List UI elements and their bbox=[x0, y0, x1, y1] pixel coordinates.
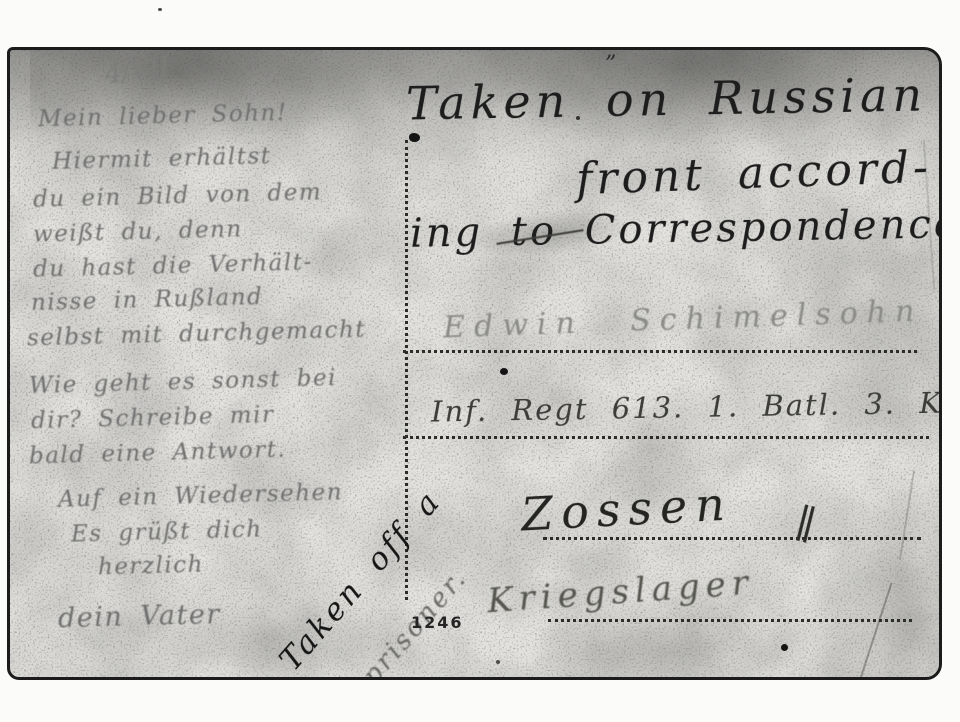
annotation-headline-line3: ing to Correspondence bbox=[410, 201, 942, 257]
dust-speck bbox=[158, 8, 162, 11]
dotted-rule-line bbox=[543, 537, 921, 540]
message-line: Wie geht es sonst bei bbox=[29, 365, 338, 399]
message-line: dein Vater bbox=[58, 599, 221, 634]
stain-top-left bbox=[30, 47, 390, 150]
message-line: nisse in Rußland bbox=[31, 284, 264, 316]
stain-bottom-right bbox=[810, 490, 942, 680]
ink-speck bbox=[500, 368, 508, 375]
address-place-line: Zossen bbox=[520, 476, 734, 541]
catalog-number: 1246 bbox=[411, 613, 464, 632]
paper-grain-texture bbox=[10, 50, 939, 677]
annotation-headline-line2: front accord- bbox=[575, 142, 932, 205]
message-line: bald eine Antwort. bbox=[29, 437, 287, 470]
dotted-rule-line bbox=[548, 619, 912, 622]
ink-speck bbox=[781, 644, 788, 651]
diagonal-note-line1: Taken off a bbox=[272, 483, 448, 678]
dotted-rule-line bbox=[403, 436, 929, 439]
message-line: selbst mit durchgemacht bbox=[27, 317, 367, 352]
ditto-mark: ∥ bbox=[791, 500, 820, 549]
message-line: weißt du, denn bbox=[33, 216, 243, 247]
message-line: du hast die Verhält- bbox=[33, 249, 313, 282]
address-camp-line: Kriegslager bbox=[486, 563, 755, 622]
address-name-line: Edwin Schimelsohn bbox=[443, 294, 924, 346]
message-line: du ein Bild von dem bbox=[33, 179, 323, 213]
ink-speck bbox=[409, 133, 420, 142]
paper-crease bbox=[854, 583, 893, 680]
message-line: Hiermit erhältst bbox=[52, 143, 272, 175]
message-line: herzlich bbox=[98, 552, 205, 581]
date-mark: 4/VII bbox=[103, 52, 171, 91]
annotation-headline-line1: Taken on Russian bbox=[406, 67, 928, 130]
postcard-photo: ” 4/VII Mein lieber Sohn! Hiermit erhält… bbox=[7, 47, 942, 680]
message-line: Mein lieber Sohn! bbox=[38, 100, 288, 133]
paper-crease bbox=[899, 470, 915, 559]
dotted-rule-line bbox=[403, 350, 917, 353]
address-unit-line: Inf. Regt 613. 1. Batl. 3. K. bbox=[431, 385, 942, 428]
message-line: Auf ein Wiedersehen bbox=[58, 479, 344, 512]
scan-page: ” 4/VII Mein lieber Sohn! Hiermit erhält… bbox=[0, 0, 960, 722]
message-line: dir? Schreibe mir bbox=[31, 402, 275, 434]
ink-speck bbox=[496, 660, 500, 664]
message-line: Es grüßt dich bbox=[71, 516, 263, 547]
